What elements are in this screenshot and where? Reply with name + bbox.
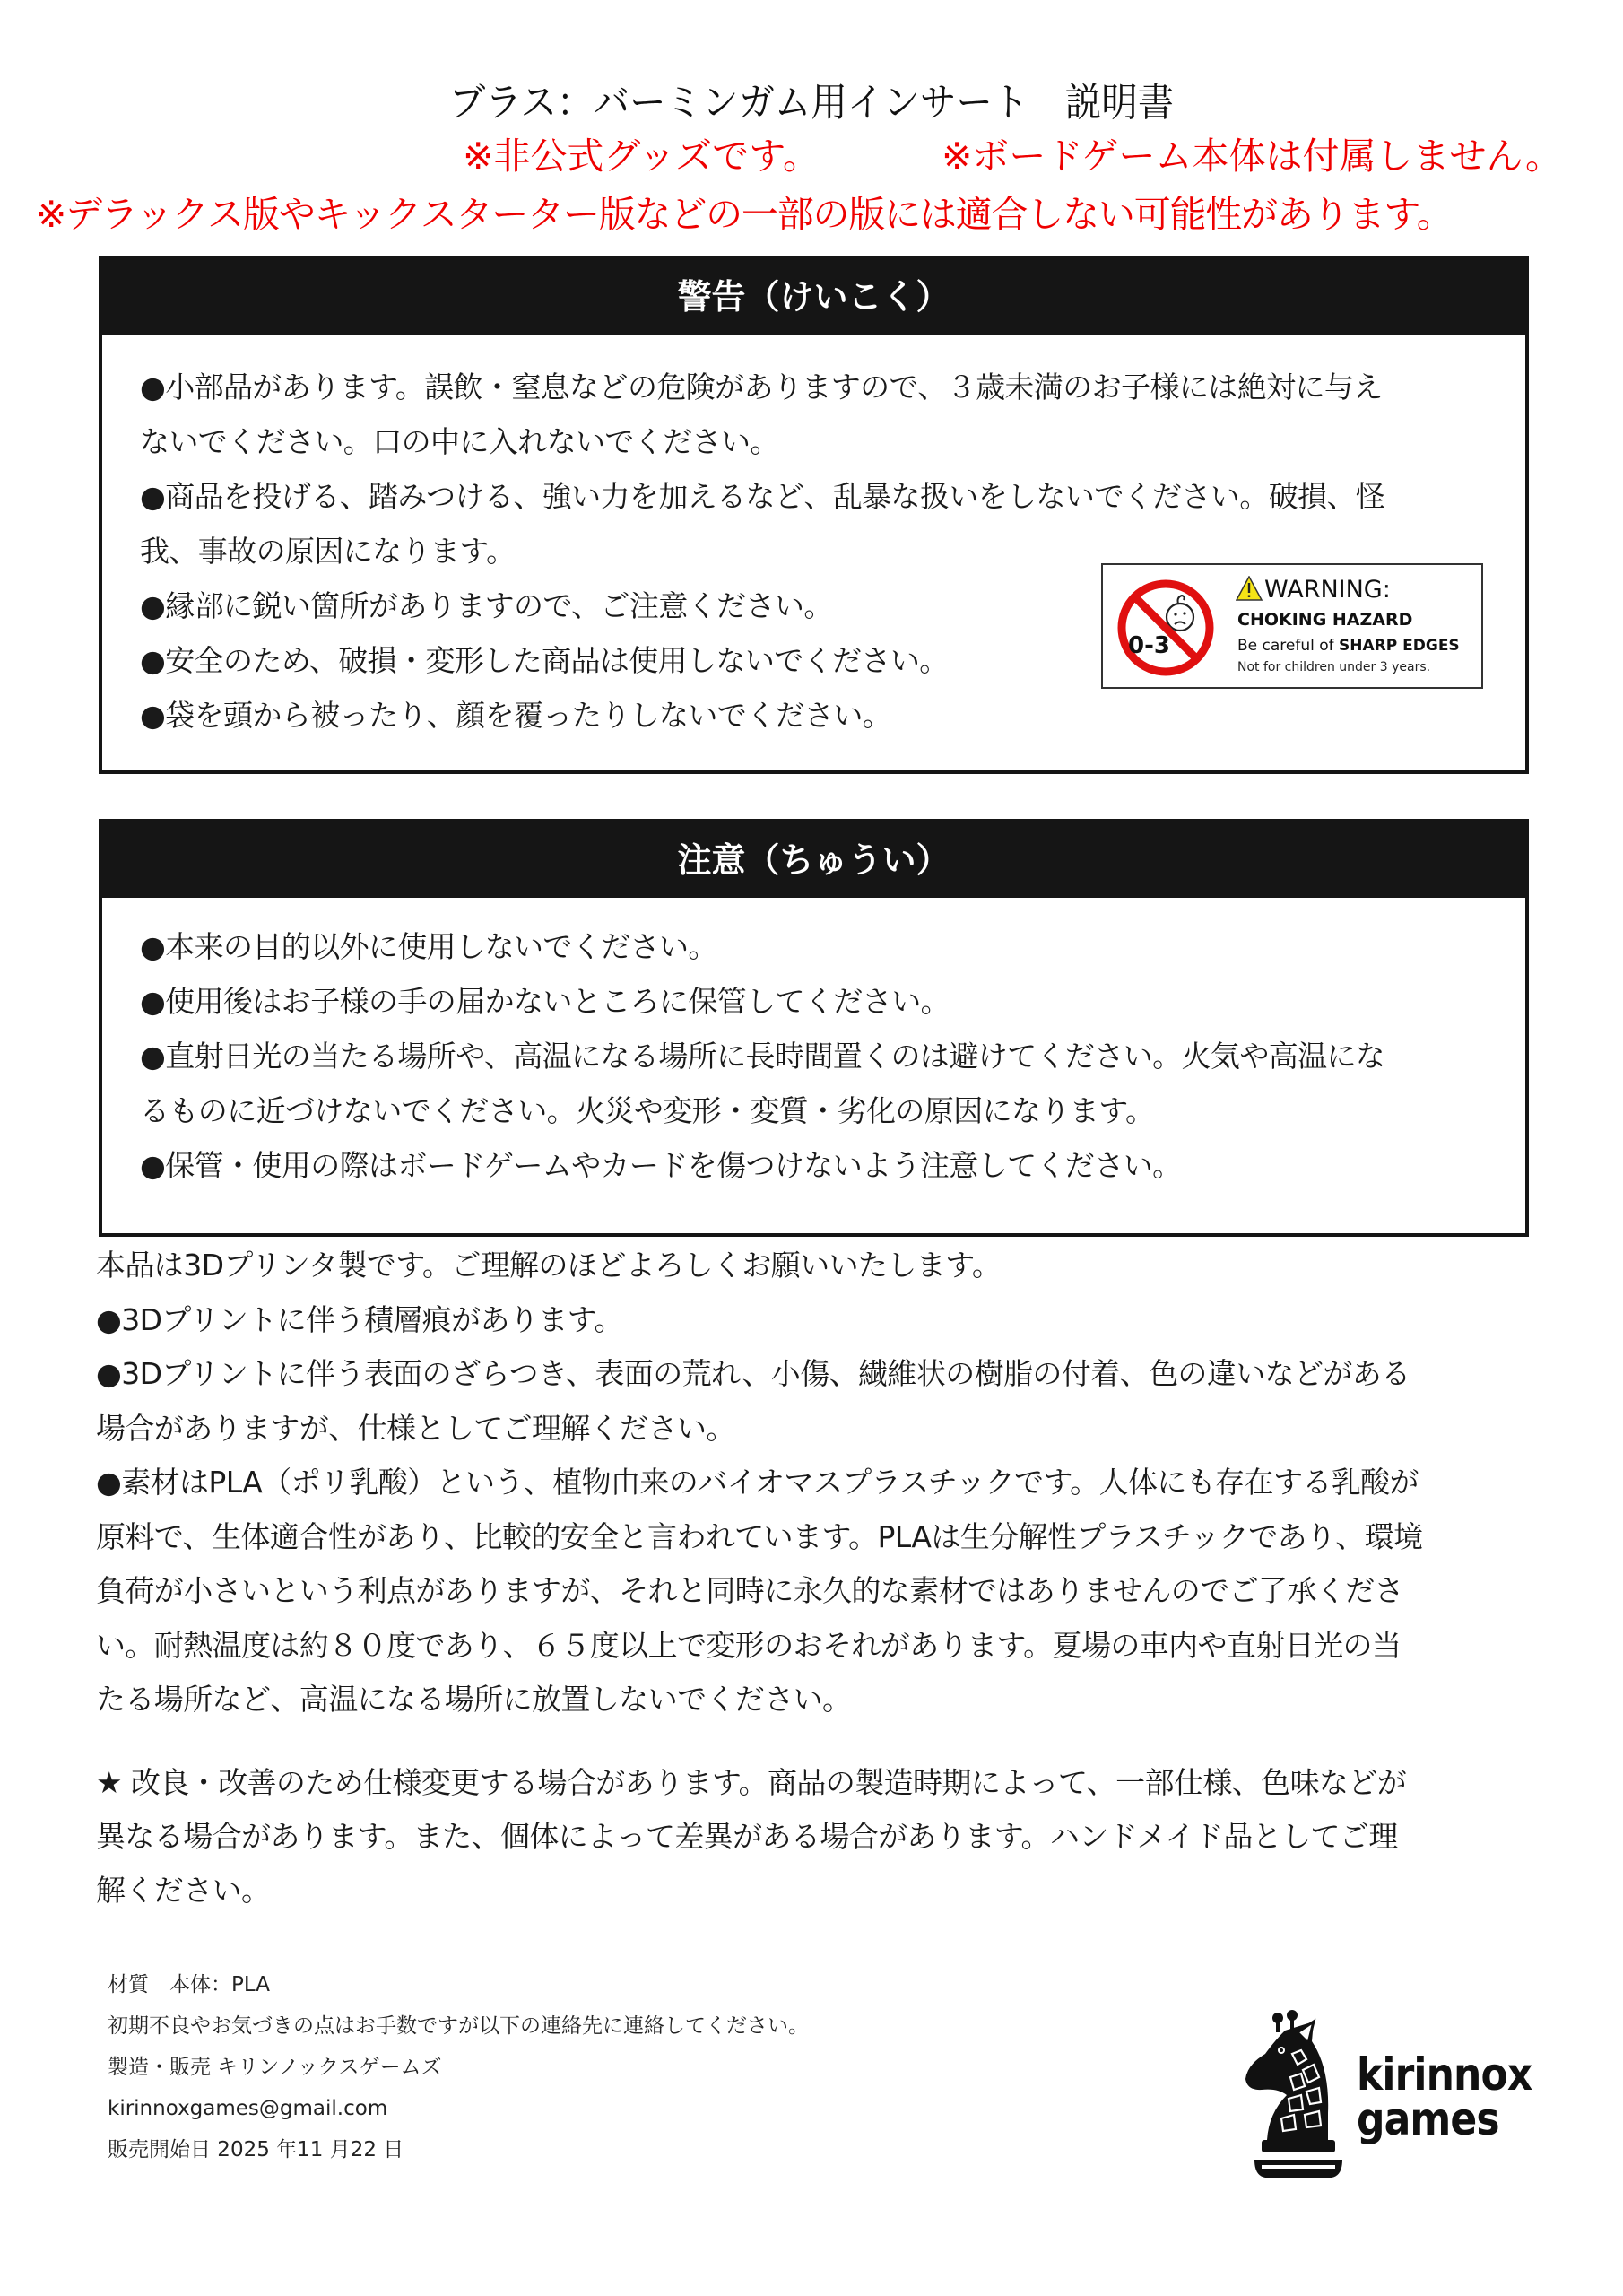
warning-line: ●袋を頭から被ったり、顔を覆ったりしないでください。 (140, 688, 1525, 743)
hazard-choking-text: CHOKING HAZARD (1237, 610, 1412, 630)
caution-line: ●保管・使用の際はボードゲームやカードを傷つけないよう注意してください。 (140, 1138, 1525, 1193)
print-note-line: 原料で、生体適合性があり、比較的安全と言われています。PLAは生分解性プラスチッ… (96, 1510, 1549, 1565)
maker-info: 製造・販売 キリンノックスゲームズ (108, 2047, 809, 2088)
caution-heading: 注意（ちゅうい） (102, 822, 1525, 898)
contact-note: 初期不良やお気づきの点はお手数ですが以下の連絡先に連絡してください。 (108, 2005, 809, 2047)
caution-box: 注意（ちゅうい） ●本来の目的以外に使用しないでください。 ●使用後はお子様の手… (99, 819, 1529, 1237)
warning-heading: 警告（けいこく） (102, 259, 1525, 335)
caution-line: ●直射日光の当たる場所や、高温になる場所に長時間置くのは避けてください。火気や高… (140, 1029, 1525, 1083)
footer-info: 材質 本体：PLA 初期不良やお気づきの点はお手数ですが以下の連絡先に連絡してく… (108, 1964, 809, 2170)
spec-notice-line: 解ください。 (96, 1864, 1549, 1918)
spec-notice-line: 異なる場合があります。また、個体によって差異がある場合があります。ハンドメイド品… (96, 1810, 1549, 1864)
warning-triangle-icon (1236, 576, 1263, 601)
hazard-sharp-edges-text: Be careful of SHARP EDGES (1237, 637, 1460, 655)
logo-wordmark: kirinnox games (1357, 2052, 1532, 2142)
caution-body: ●本来の目的以外に使用しないでください。 ●使用後はお子様の手の届かないところに… (102, 898, 1525, 1193)
no-children-0-3-icon: 0-3 (1115, 578, 1216, 678)
contact-email[interactable]: kirinnoxgames@gmail.com (108, 2088, 809, 2129)
hazard-age-text: Not for children under 3 years. (1237, 660, 1430, 674)
warning-line: ないでください。口の中に入れないでください。 (140, 414, 1525, 469)
notice-compatibility: ※デラックス版やキックスターター版などの一部の版には適合しない可能性があります。 (36, 191, 1453, 238)
notice-no-game-included: ※ボードゲーム本体は付属しません。 (942, 133, 1562, 179)
print-notes: 本品は3Dプリンタ製です。ご理解のほどよろしくお願いいたします。 ●3Dプリント… (96, 1239, 1549, 1727)
notice-unofficial: ※非公式グッズです。 (463, 133, 820, 179)
material-info: 材質 本体：PLA (108, 1964, 809, 2005)
print-note-line: 負荷が小さいという利点がありますが、それと同時に永久的な素材ではありませんのでご… (96, 1564, 1549, 1619)
print-note-line: ●素材はPLA（ポリ乳酸）という、植物由来のバイオマスプラスチックです。人体にも… (96, 1456, 1549, 1510)
print-note-line: 本品は3Dプリンタ製です。ご理解のほどよろしくお願いいたします。 (96, 1239, 1549, 1293)
svg-text:0-3: 0-3 (1128, 632, 1170, 659)
spec-change-notice: ★ 改良・改善のため仕様変更する場合があります。商品の製造時期によって、一部仕様… (96, 1756, 1549, 1918)
hazard-warning-title: WARNING: (1236, 576, 1391, 604)
caution-line: ●使用後はお子様の手の届かないところに保管してください。 (140, 974, 1525, 1029)
print-note-line: ●3Dプリントに伴う表面のざらつき、表面の荒れ、小傷、繊維状の樹脂の付着、色の違… (96, 1347, 1549, 1402)
warning-line: ●商品を投げる、踏みつける、強い力を加えるなど、乱暴な扱いをしないでください。破… (140, 469, 1525, 524)
document-title: ブラス：バーミンガム用インサート 説明書 (65, 79, 1558, 127)
caution-line: るものに近づけないでください。火災や変形・変質・劣化の原因になります。 (140, 1083, 1525, 1138)
choking-hazard-label: 0-3 WARNING: CHOKING HAZARD Be careful o… (1101, 563, 1483, 689)
caution-line: ●本来の目的以外に使用しないでください。 (140, 919, 1525, 974)
print-note-line: ●3Dプリントに伴う積層痕があります。 (96, 1293, 1549, 1348)
warning-line: ●小部品があります。誤飲・窒息などの危険がありますので、３歳未満のお子様には絶対… (140, 360, 1525, 414)
print-note-line: い。耐熱温度は約８０度であり、６５度以上で変形のおそれがあります。夏場の車内や直… (96, 1619, 1549, 1674)
spec-notice-line: ★ 改良・改善のため仕様変更する場合があります。商品の製造時期によって、一部仕様… (96, 1756, 1549, 1810)
giraffe-chess-knight-icon (1242, 2005, 1354, 2185)
kirinnox-games-logo: kirinnox games (1242, 2005, 1538, 2185)
release-date: 販売開始日 2025 年11 月22 日 (108, 2129, 809, 2170)
print-note-line: 場合がありますが、仕様としてご理解ください。 (96, 1402, 1549, 1457)
print-note-line: たる場所など、高温になる場所に放置しないでください。 (96, 1673, 1549, 1727)
warning-box: 警告（けいこく） ●小部品があります。誤飲・窒息などの危険がありますので、３歳未… (99, 256, 1529, 774)
